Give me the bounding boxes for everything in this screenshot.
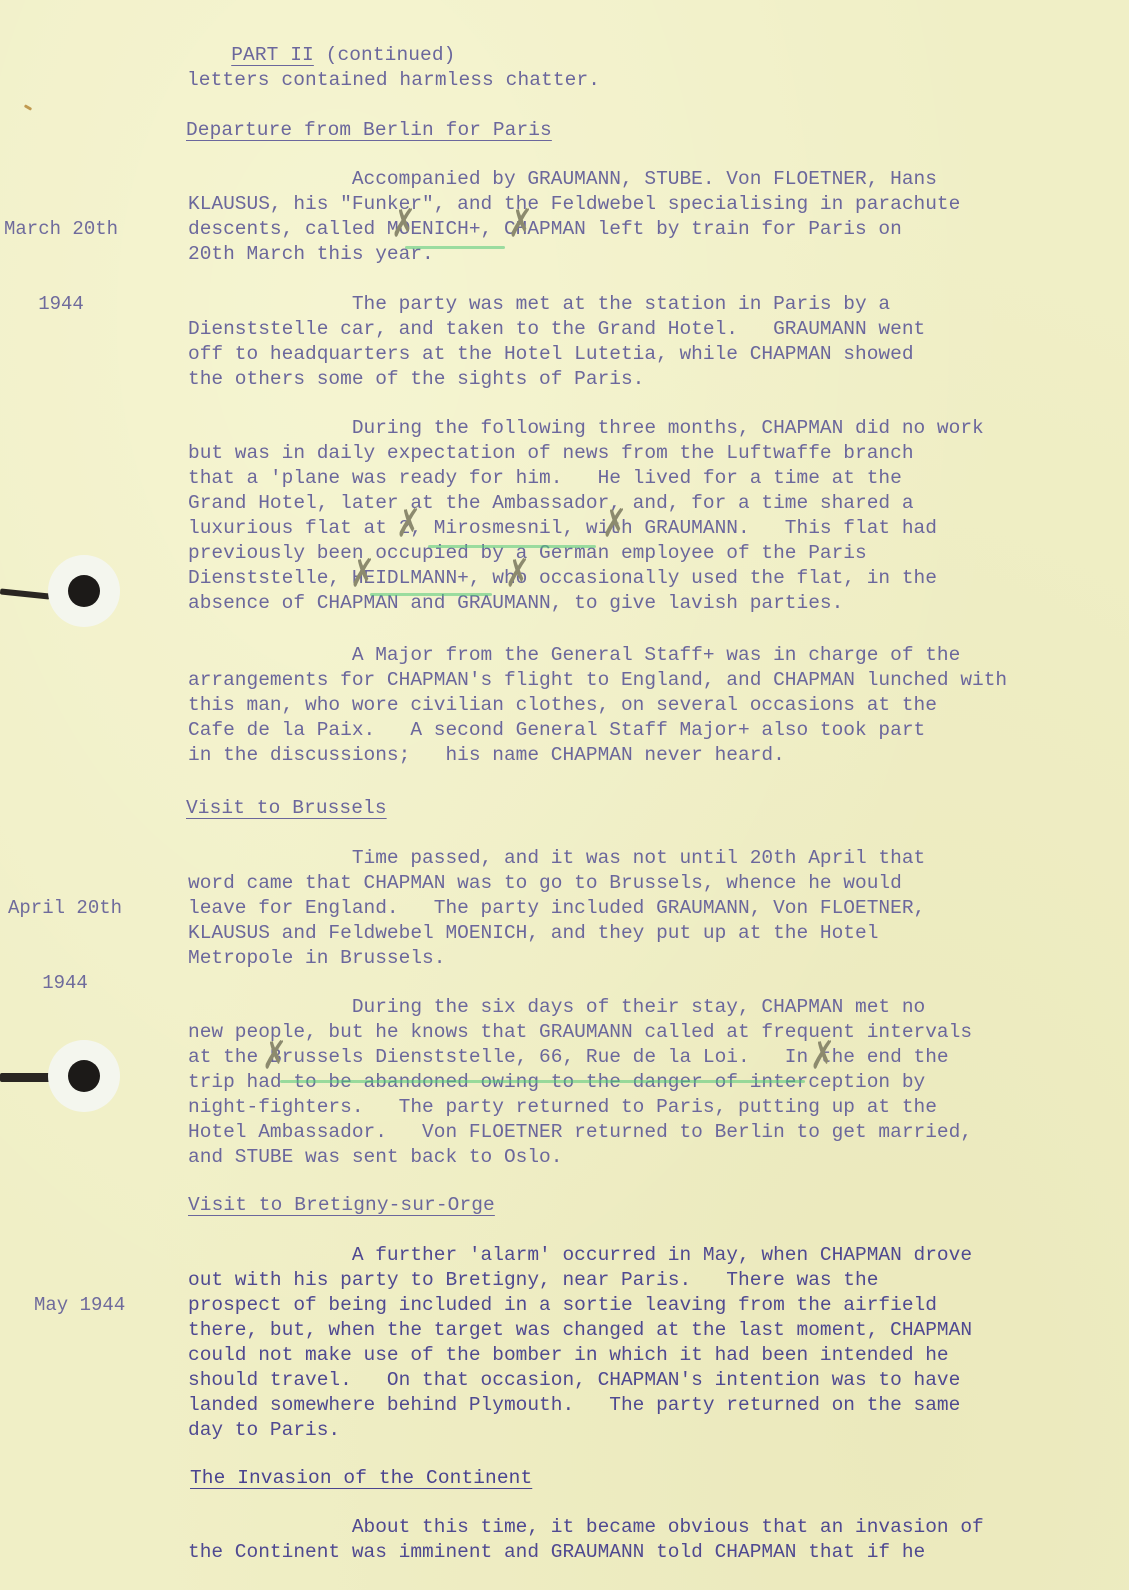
paragraph-line: the others some of the sights of Paris. xyxy=(188,367,1108,392)
paragraph-line: 20th March this year. xyxy=(188,242,1108,267)
punch-hole-1 xyxy=(48,555,120,627)
paragraph-line: new people, but he knows that GRAUMANN c… xyxy=(188,1020,1108,1045)
paragraph-line: The party was met at the station in Pari… xyxy=(188,292,1108,317)
cross-mark: ✗ xyxy=(396,506,421,545)
document-page: PART II (continued) letters contained ha… xyxy=(0,0,1129,1590)
paragraph-line: Accompanied by GRAUMANN, STUBE. Von FLOE… xyxy=(188,167,1108,192)
paragraph-line: KLAUSUS and Feldwebel MOENICH, and they … xyxy=(188,921,1108,946)
highlight-brussels-dienststelle xyxy=(280,1080,805,1083)
paragraph-line: out with his party to Bretigny, near Par… xyxy=(188,1268,1108,1293)
paragraph: Accompanied by GRAUMANN, STUBE. Von FLOE… xyxy=(188,167,1108,267)
paragraph-line: that a 'plane was ready for him. He live… xyxy=(188,466,1108,491)
date-note-april: April 20th 1944 xyxy=(8,846,122,1046)
section-heading-departure: Departure from Berlin for Paris xyxy=(186,118,552,143)
paragraph-line: descents, called MOENICH+, CHAPMAN left … xyxy=(188,217,1108,242)
paragraph-line: prospect of being included in a sortie l… xyxy=(188,1293,1108,1318)
cross-mark: ✗ xyxy=(508,206,533,245)
paper-speck xyxy=(24,104,32,111)
paragraph-line: KLAUSUS, his "Funker", and the Feldwebel… xyxy=(188,192,1108,217)
highlight-heidlmann xyxy=(370,593,492,596)
paragraph: About this time, it became obvious that … xyxy=(188,1515,1108,1565)
paragraph-line: About this time, it became obvious that … xyxy=(188,1515,1108,1540)
paragraph-line: could not make use of the bomber in whic… xyxy=(188,1343,1108,1368)
date-note-line: 1944 xyxy=(8,971,122,996)
date-note-line: March 20th xyxy=(4,217,118,242)
paragraph-line: Dienststelle car, and taken to the Grand… xyxy=(188,317,1108,342)
paragraph: A further 'alarm' occurred in May, when … xyxy=(188,1243,1108,1443)
binding-string-2 xyxy=(0,1073,50,1082)
opening-line: letters contained harmless chatter. xyxy=(187,68,600,93)
paragraph-line: and STUBE was sent back to Oslo. xyxy=(188,1145,1108,1170)
paragraph-line: During the following three months, CHAPM… xyxy=(188,416,1108,441)
paragraph-line: in the discussions; his name CHAPMAN nev… xyxy=(188,743,1108,768)
date-note-line: 1944 xyxy=(4,292,118,317)
paragraph-line: word came that CHAPMAN was to go to Brus… xyxy=(188,871,1108,896)
date-note-line: May 1944 xyxy=(34,1293,125,1318)
section-heading-brussels: Visit to Brussels xyxy=(186,796,387,821)
paragraph-line: Grand Hotel, later at the Ambassador, an… xyxy=(188,491,1108,516)
paragraph-line: Dienststelle, HEIDLMANN+, who occasional… xyxy=(188,566,1108,591)
cross-mark: ✗ xyxy=(602,506,627,545)
paragraph-line: landed somewhere behind Plymouth. The pa… xyxy=(188,1393,1108,1418)
paragraph-line: off to headquarters at the Hotel Lutetia… xyxy=(188,342,1108,367)
paragraph: Time passed, and it was not until 20th A… xyxy=(188,846,1108,971)
date-note-may: May 1944 xyxy=(34,1243,125,1368)
paragraph-line: Cafe de la Paix. A second General Staff … xyxy=(188,718,1108,743)
paragraph-line: there, but, when the target was changed … xyxy=(188,1318,1108,1343)
part-header-rest: (continued) xyxy=(314,44,456,66)
punch-hole-2 xyxy=(48,1040,120,1112)
highlight-mirosmesnil xyxy=(428,545,596,548)
binding-string-1 xyxy=(0,588,50,599)
paragraph-line: previously been occupied by a German emp… xyxy=(188,541,1108,566)
date-note-line: April 20th xyxy=(8,896,122,921)
paragraph-line: A further 'alarm' occurred in May, when … xyxy=(188,1243,1108,1268)
paragraph: The party was met at the station in Pari… xyxy=(188,292,1108,392)
paragraph-line: this man, who wore civilian clothes, on … xyxy=(188,693,1108,718)
paragraph-line: night-fighters. The party returned to Pa… xyxy=(188,1095,1108,1120)
section-heading-bretigny: Visit to Bretigny-sur-Orge xyxy=(188,1193,495,1218)
date-note-march: March 20th 1944 xyxy=(4,167,118,367)
cross-mark: ✗ xyxy=(391,206,416,245)
cross-mark: ✗ xyxy=(505,556,530,595)
paragraph-line: Hotel Ambassador. Von FLOETNER returned … xyxy=(188,1120,1108,1145)
paragraph: A Major from the General Staff+ was in c… xyxy=(188,643,1108,768)
cross-mark: ✗ xyxy=(262,1038,287,1077)
paragraph-line: Metropole in Brussels. xyxy=(188,946,1108,971)
paragraph-line: the Continent was imminent and GRAUMANN … xyxy=(188,1540,1108,1565)
section-heading-invasion: The Invasion of the Continent xyxy=(190,1466,532,1491)
paragraph-line: at the Brussels Dienststelle, 66, Rue de… xyxy=(188,1045,1108,1070)
cross-mark: ✗ xyxy=(350,556,375,595)
paragraph-line: arrangements for CHAPMAN's flight to Eng… xyxy=(188,668,1108,693)
paragraph-line: During the six days of their stay, CHAPM… xyxy=(188,995,1108,1020)
paragraph-line: A Major from the General Staff+ was in c… xyxy=(188,643,1108,668)
highlight-moenich xyxy=(405,246,505,249)
paragraph-line: luxurious flat at 2, Mirosmesnil, with G… xyxy=(188,516,1108,541)
paragraph: During the following three months, CHAPM… xyxy=(188,416,1108,616)
paragraph-line: should travel. On that occasion, CHAPMAN… xyxy=(188,1368,1108,1393)
paragraph-line: absence of CHAPMAN and GRAUMANN, to give… xyxy=(188,591,1108,616)
cross-mark: ✗ xyxy=(810,1038,835,1077)
paragraph-line: but was in daily expectation of news fro… xyxy=(188,441,1108,466)
part-header-underlined: PART II xyxy=(231,44,314,66)
paragraph-line: day to Paris. xyxy=(188,1418,1108,1443)
paragraph-line: Time passed, and it was not until 20th A… xyxy=(188,846,1108,871)
paragraph-line: leave for England. The party included GR… xyxy=(188,896,1108,921)
